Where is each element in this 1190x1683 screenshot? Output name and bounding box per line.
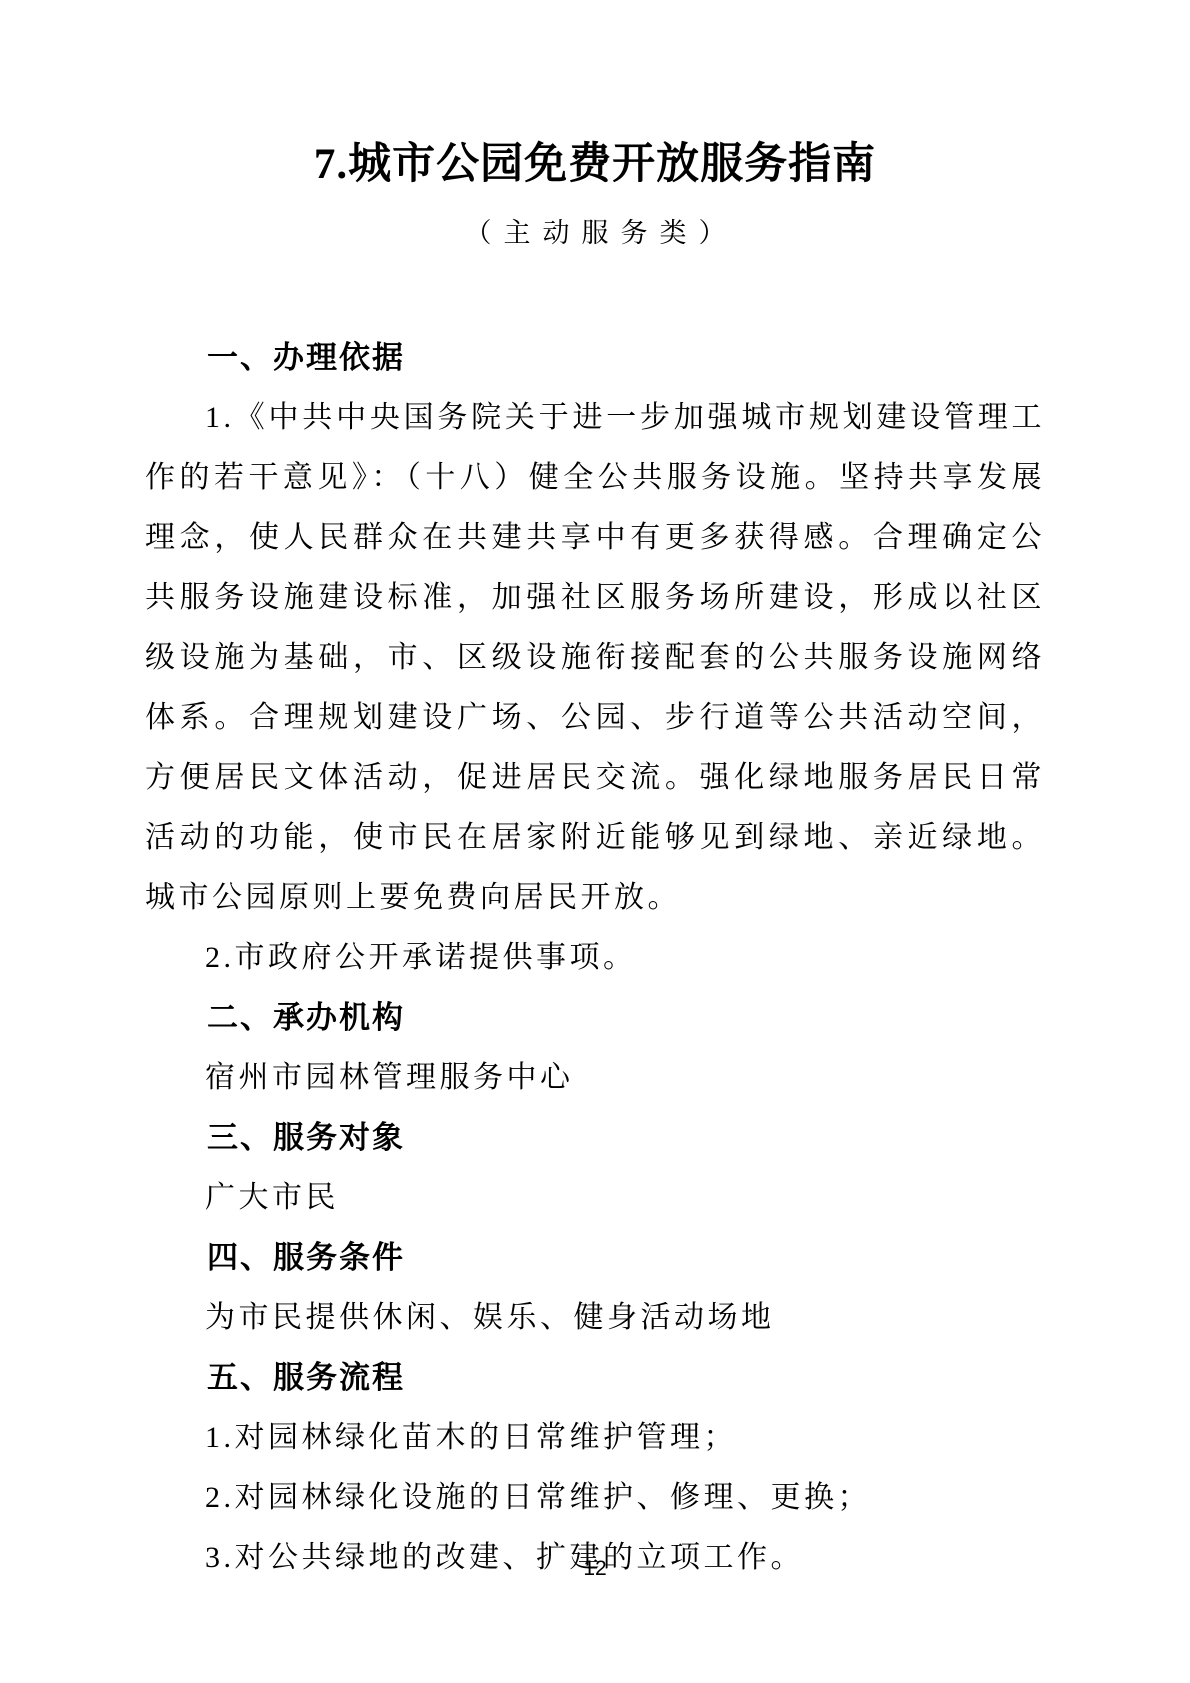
document-body: 一、办理依据 1.《中共中央国务院关于进一步加强城市规划建设管理工作的若干意见》… bbox=[0, 328, 1190, 1588]
paragraph: 1.《中共中央国务院关于进一步加强城市规划建设管理工作的若干意见》：（十八）健全… bbox=[145, 388, 1045, 928]
section-service-target: 三、服务对象 广大市民 bbox=[145, 1108, 1045, 1228]
section-service-conditions: 四、服务条件 为市民提供休闲、娱乐、健身活动场地 bbox=[145, 1228, 1045, 1348]
section-heading: 一、办理依据 bbox=[145, 328, 1045, 388]
section-heading: 三、服务对象 bbox=[145, 1108, 1045, 1168]
section-heading: 四、服务条件 bbox=[145, 1228, 1045, 1288]
paragraph: 1.对园林绿化苗木的日常维护管理； bbox=[145, 1408, 1045, 1468]
document-subtitle: （主动服务类） bbox=[0, 216, 1190, 250]
document-title: 7.城市公园免费开放服务指南 bbox=[0, 0, 1190, 194]
paragraph: 为市民提供休闲、娱乐、健身活动场地 bbox=[145, 1288, 1045, 1348]
paragraph: 宿州市园林管理服务中心 bbox=[145, 1048, 1045, 1108]
paragraph: 广大市民 bbox=[145, 1168, 1045, 1228]
section-heading: 二、承办机构 bbox=[145, 988, 1045, 1048]
paragraph: 2.市政府公开承诺提供事项。 bbox=[145, 928, 1045, 988]
section-basis: 一、办理依据 1.《中共中央国务院关于进一步加强城市规划建设管理工作的若干意见》… bbox=[145, 328, 1045, 988]
section-service-process: 五、服务流程 1.对园林绿化苗木的日常维护管理； 2.对园林绿化设施的日常维护、… bbox=[145, 1348, 1045, 1588]
page-number: 12 bbox=[0, 1554, 1190, 1584]
document-page: 7.城市公园免费开放服务指南 （主动服务类） 一、办理依据 1.《中共中央国务院… bbox=[0, 0, 1190, 1683]
section-heading: 五、服务流程 bbox=[145, 1348, 1045, 1408]
paragraph: 2.对园林绿化设施的日常维护、修理、更换； bbox=[145, 1468, 1045, 1528]
section-undertaking-agency: 二、承办机构 宿州市园林管理服务中心 bbox=[145, 988, 1045, 1108]
